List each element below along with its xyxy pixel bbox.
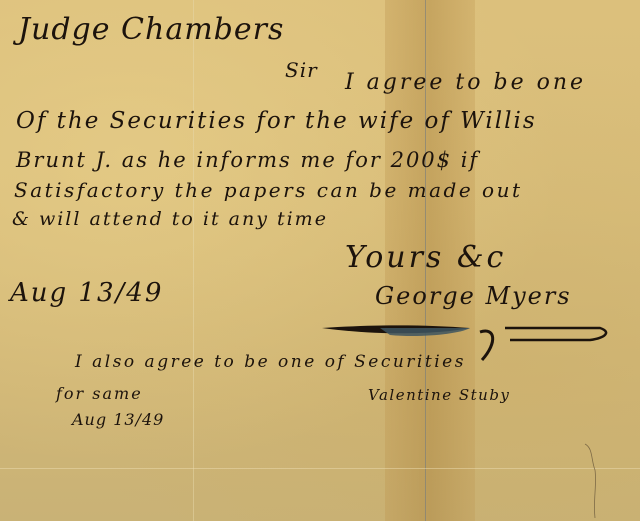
greeting: Sir <box>285 58 318 82</box>
closing: Yours &c <box>345 240 506 275</box>
body-line-5: & will attend to it any time <box>12 208 328 230</box>
postscript-date: Aug 13/49 <box>72 410 164 429</box>
letter-page: Judge Chambers Sir I agree to be one Of … <box>0 0 640 521</box>
letter-date: Aug 13/49 <box>10 278 163 308</box>
body-line-4: Satisfactory the papers can be made out <box>14 178 523 202</box>
paper-tear-mark-icon <box>583 440 613 520</box>
body-line-3: Brunt J. as he informs me for 200$ if <box>16 148 479 172</box>
signature: George Myers <box>375 282 572 310</box>
vertical-fold-crease <box>193 0 194 521</box>
horizontal-fold-crease <box>0 468 640 469</box>
postscript-line-1: I also agree to be one of Securities <box>75 352 466 372</box>
body-line-2: Of the Securities for the wife of Willis <box>16 108 537 134</box>
postscript-line-2: for same <box>56 384 143 403</box>
postscript-signature: Valentine Stuby <box>368 386 510 404</box>
body-line-1: I agree to be one <box>345 70 586 95</box>
salutation: Judge Chambers <box>18 12 284 47</box>
